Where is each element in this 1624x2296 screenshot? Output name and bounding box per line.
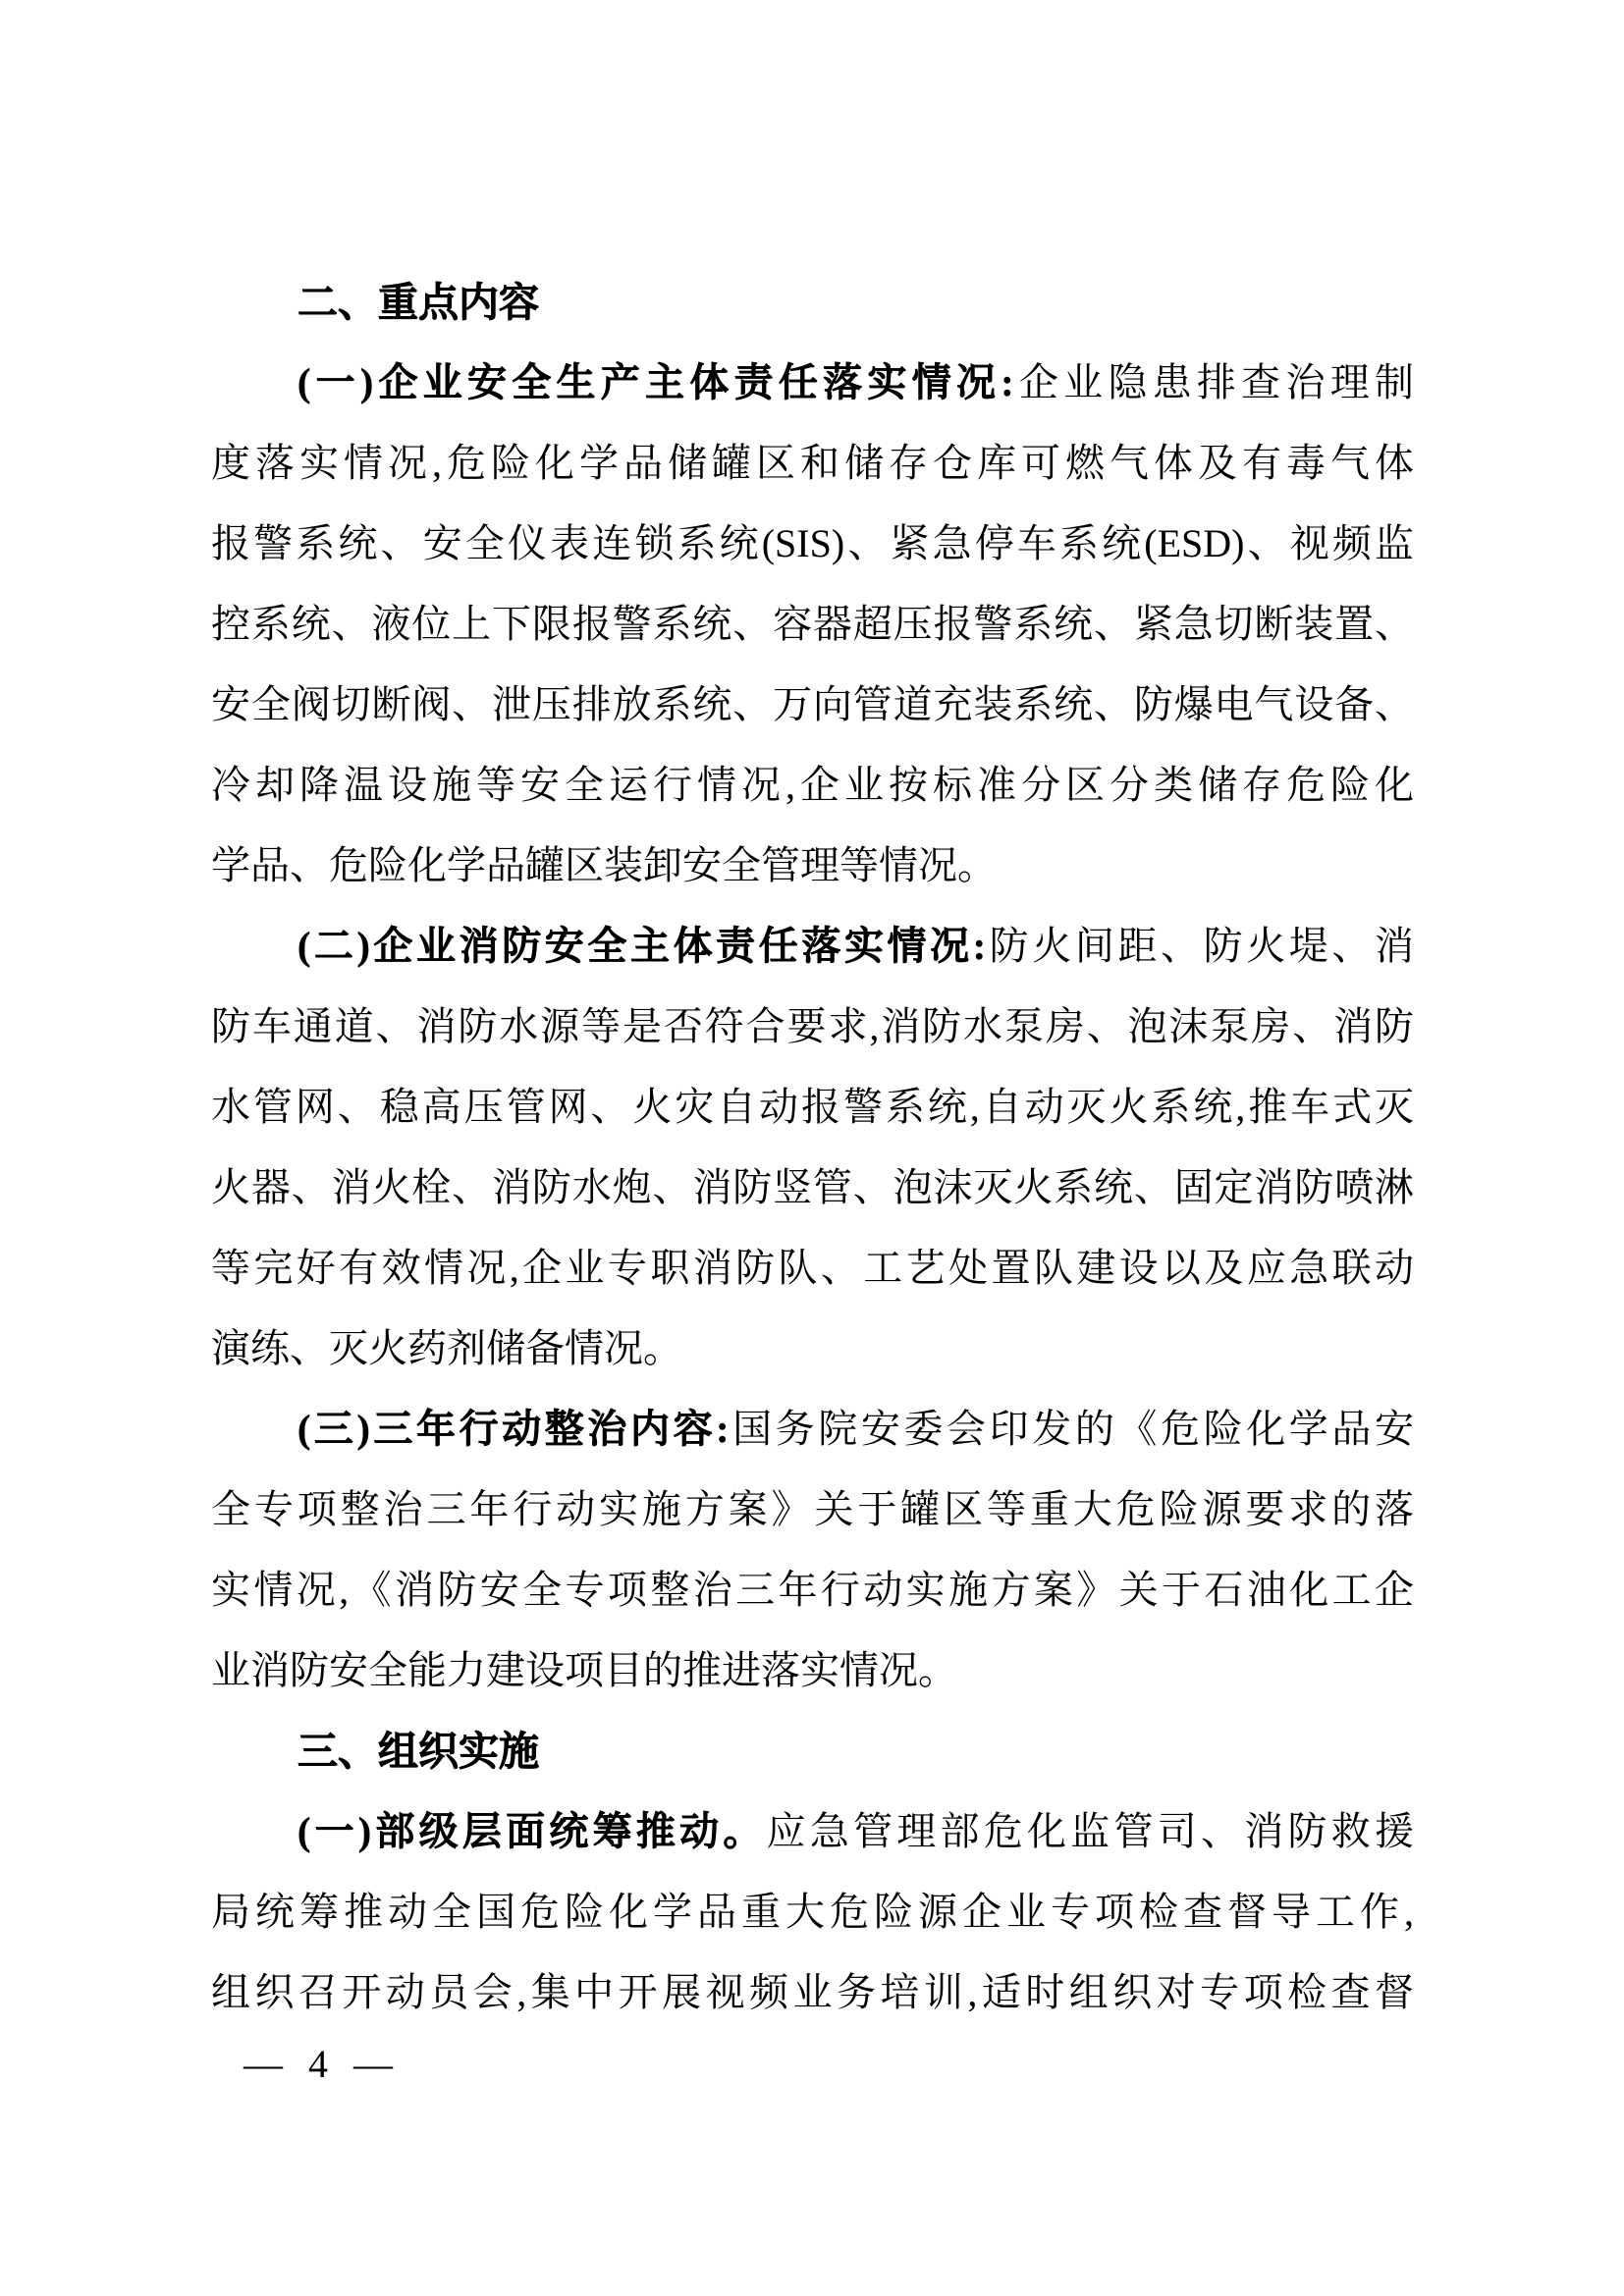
line-text: 实情况,《消防安全专项整治三年行动实施方案》关于石油化工企 — [211, 1568, 1414, 1612]
text-line: 防车通道、消防水源等是否符合要求,消防水泵房、泡沫泵房、消防 — [211, 987, 1414, 1067]
line-text: 演练、灭火药剂储备情况。 — [211, 1326, 682, 1370]
line-text: 业消防安全能力建设项目的推进落实情况。 — [211, 1648, 957, 1692]
text-line: (二)企业消防安全主体责任落实情况:防火间距、防火堤、消 — [211, 906, 1414, 987]
line-text: 安全阀切断阀、泄压排放系统、万向管道充装系统、防爆电气设备、 — [211, 682, 1414, 726]
section-heading: 二、重点内容 — [211, 262, 1414, 343]
line-text: 企业隐患排查治理制 — [1014, 360, 1414, 404]
line-text: 学品、危险化学品罐区装卸安全管理等情况。 — [211, 843, 997, 887]
footer-left-dash: — — [244, 2041, 283, 2087]
text-line: 实情况,《消防安全专项整治三年行动实施方案》关于石油化工企 — [211, 1550, 1414, 1630]
footer-right-dash: — — [353, 2041, 393, 2087]
text-line: (一)企业安全生产主体责任落实情况:企业隐患排查治理制 — [211, 343, 1414, 423]
line-text: 防车通道、消防水源等是否符合要求,消防水泵房、泡沫泵房、消防 — [211, 1004, 1414, 1048]
text-line: (三)三年行动整治内容:国务院安委会印发的《危险化学品安 — [211, 1389, 1414, 1469]
line-text: 三、组织实施 — [298, 1729, 539, 1774]
text-line: 组织召开动员会,集中开展视频业务培训,适时组织对专项检查督 — [211, 1952, 1414, 2033]
paragraph-lead-bold: (一)企业安全生产主体责任落实情况: — [298, 360, 1014, 404]
text-line: (一)部级层面统筹推动。应急管理部危化监管司、消防救援 — [211, 1791, 1414, 1872]
line-text: 应急管理部危化监管司、消防救援 — [767, 1809, 1414, 1853]
line-text: 度落实情况,危险化学品储罐区和储存仓库可燃气体及有毒气体 — [211, 441, 1414, 485]
paragraph-lead-bold: (三)三年行动整治内容: — [298, 1407, 730, 1451]
line-text: 水管网、稳高压管网、火灾自动报警系统,自动灭火系统,推车式灭 — [211, 1085, 1414, 1129]
document-page: 二、重点内容(一)企业安全生产主体责任落实情况:企业隐患排查治理制度落实情况,危… — [0, 0, 1624, 2296]
paragraph-lead-bold: (二)企业消防安全主体责任落实情况: — [298, 924, 986, 968]
line-text: 组织召开动员会,集中开展视频业务培训,适时组织对专项检查督 — [211, 1970, 1414, 2014]
line-text: 冷却降温设施等安全运行情况,企业按标准分区分类储存危险化 — [211, 763, 1414, 807]
section-heading: 三、组织实施 — [211, 1711, 1414, 1791]
document-body: 二、重点内容(一)企业安全生产主体责任落实情况:企业隐患排查治理制度落实情况,危… — [211, 262, 1414, 2033]
text-line: 控系统、液位上下限报警系统、容器超压报警系统、紧急切断装置、 — [211, 584, 1414, 665]
text-line: 局统筹推动全国危险化学品重大危险源企业专项检查督导工作, — [211, 1872, 1414, 1952]
page-footer: — 4 — — [244, 2038, 393, 2089]
line-text: 二、重点内容 — [298, 280, 539, 325]
text-line: 业消防安全能力建设项目的推进落实情况。 — [211, 1630, 1414, 1711]
paragraph-lead-bold: (一)部级层面统筹推动。 — [298, 1809, 767, 1853]
text-line: 度落实情况,危险化学品储罐区和储存仓库可燃气体及有毒气体 — [211, 423, 1414, 504]
page-number: 4 — [308, 2041, 328, 2087]
line-text: 局统筹推动全国危险化学品重大危险源企业专项检查督导工作, — [211, 1890, 1414, 1934]
line-text: 控系统、液位上下限报警系统、容器超压报警系统、紧急切断装置、 — [211, 602, 1414, 646]
text-line: 安全阀切断阀、泄压排放系统、万向管道充装系统、防爆电气设备、 — [211, 665, 1414, 745]
text-line: 冷却降温设施等安全运行情况,企业按标准分区分类储存危险化 — [211, 745, 1414, 826]
line-text: 报警系统、安全仪表连锁系统(SIS)、紧急停车系统(ESD)、视频监 — [211, 521, 1414, 565]
line-text: 全专项整治三年行动实施方案》关于罐区等重大危险源要求的落 — [211, 1487, 1414, 1531]
line-text: 火器、消火栓、消防水炮、消防竖管、泡沫灭火系统、固定消防喷淋 — [211, 1165, 1414, 1209]
text-line: 演练、灭火药剂储备情况。 — [211, 1308, 1414, 1389]
text-line: 学品、危险化学品罐区装卸安全管理等情况。 — [211, 826, 1414, 906]
text-line: 报警系统、安全仪表连锁系统(SIS)、紧急停车系统(ESD)、视频监 — [211, 504, 1414, 584]
text-line: 水管网、稳高压管网、火灾自动报警系统,自动灭火系统,推车式灭 — [211, 1067, 1414, 1148]
text-line: 全专项整治三年行动实施方案》关于罐区等重大危险源要求的落 — [211, 1469, 1414, 1550]
line-text: 国务院安委会印发的《危险化学品安 — [730, 1407, 1415, 1451]
text-line: 等完好有效情况,企业专职消防队、工艺处置队建设以及应急联动 — [211, 1228, 1414, 1308]
line-text: 等完好有效情况,企业专职消防队、工艺处置队建设以及应急联动 — [211, 1246, 1414, 1290]
line-text: 防火间距、防火堤、消 — [986, 924, 1414, 968]
text-line: 火器、消火栓、消防水炮、消防竖管、泡沫灭火系统、固定消防喷淋 — [211, 1148, 1414, 1228]
